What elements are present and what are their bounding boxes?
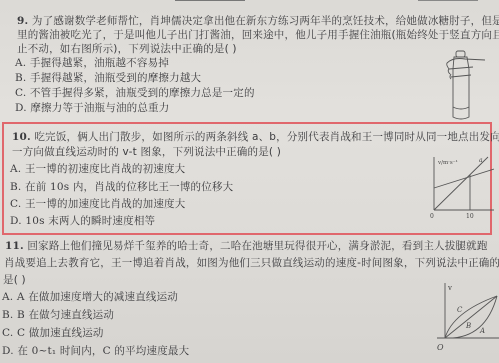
- hand-icon: [447, 59, 485, 80]
- header-rule: [175, 0, 245, 2]
- curve-c-label: C: [457, 306, 463, 314]
- q10-option-c: C. 王一博的加速度比肖战的加速度大: [10, 197, 185, 211]
- q11-vt-graph: v O C B A: [435, 278, 499, 363]
- q11-option-c: C. C 做加速直线运动: [2, 326, 104, 340]
- q11-stem-line-3: 是( ): [3, 273, 26, 287]
- line-b: [434, 169, 494, 188]
- q11-option-b: B. B 在做匀速直线运动: [2, 308, 114, 322]
- q11-number: 11.: [5, 240, 24, 252]
- q9-stem-line-1: 9. 为了感谢数学老师帮忙，肖坤儒决定拿出他在新东方练习两年半的烹饪技术，给她做…: [17, 14, 499, 28]
- q10-option-b: B. 在前 10s 内，肖战的位移比王一博的位移大: [10, 180, 233, 194]
- header-rule-right: [418, 0, 478, 2]
- origin-label: 0: [430, 213, 434, 220]
- hand-holding-bottle-figure: [443, 47, 499, 122]
- q10-vt-graph: v/m·s⁻¹ 0 10 a: [424, 152, 494, 222]
- q10-number: 10.: [12, 131, 31, 143]
- curve-b-label: B: [465, 322, 471, 330]
- y-axis-label: v: [447, 284, 452, 292]
- q10-stem-line-2: 一方向做直线运动时的 v-t 图象，下列说法中正确的是( ): [12, 145, 281, 159]
- q9-option-a: A. 手握得越紧，油瓶越不容易掉: [15, 56, 169, 70]
- q9-option-c: C. 不管手握得多紧，油瓶受到的摩擦力总是一定的: [15, 86, 255, 100]
- line-b: [445, 296, 497, 338]
- y-axis-label: v/m·s⁻¹: [437, 159, 458, 166]
- origin-label: O: [437, 343, 444, 352]
- x-tick-10: 10: [466, 213, 474, 220]
- q10-option-a: A. 王一博的初速度比肖战的初速度大: [10, 162, 185, 176]
- q9-stem-line-2: 里的酱油被吃光了，于是叫他儿子出门打酱油，回来途中，他儿子用手握住油瓶(瓶始终处…: [17, 28, 499, 42]
- q11-option-d: D. 在 0~t₁ 时间内，C 的平均速度最大: [2, 344, 189, 358]
- q10-stem-line-1: 10. 吃完饭，俩人出门散步，如图所示的两条斜线 a、b，分别代表肖战和王一博同…: [12, 130, 499, 144]
- q9-option-b: B. 手握得越紧，油瓶受到的摩擦力越大: [15, 71, 201, 85]
- bottle-cap: [456, 51, 465, 57]
- exam-page: 9. 为了感谢数学老师帮忙，肖坤儒决定拿出他在新东方练习两年半的烹饪技术，给她做…: [0, 0, 499, 363]
- line-a-label: a: [479, 157, 483, 164]
- q9-number: 9.: [17, 15, 28, 27]
- bottle-body: [453, 57, 469, 119]
- curve-a-label: A: [479, 327, 485, 335]
- q9-stem-line-3: 止不动，如右图所示)，下列说法中正确的是( ): [17, 42, 237, 56]
- q11-stem-line-1: 11. 回家路上他们撞见易烊千玺养的哈士奇，二哈在池塘里玩得很开心，满身淤泥，看…: [5, 239, 488, 253]
- q9-option-d: D. 摩擦力等于油瓶与油的总重力: [15, 101, 169, 115]
- q11-option-a: A. A 在做加速度增大的减速直线运动: [2, 290, 178, 304]
- q11-stem-line-2: 肖战要追上去教育它，王一博追着肖战，如图为他们三只做直线运动的速度-时间图象，下…: [4, 256, 499, 270]
- q10-option-d: D. 10s 末两人的瞬时速度相等: [10, 214, 155, 228]
